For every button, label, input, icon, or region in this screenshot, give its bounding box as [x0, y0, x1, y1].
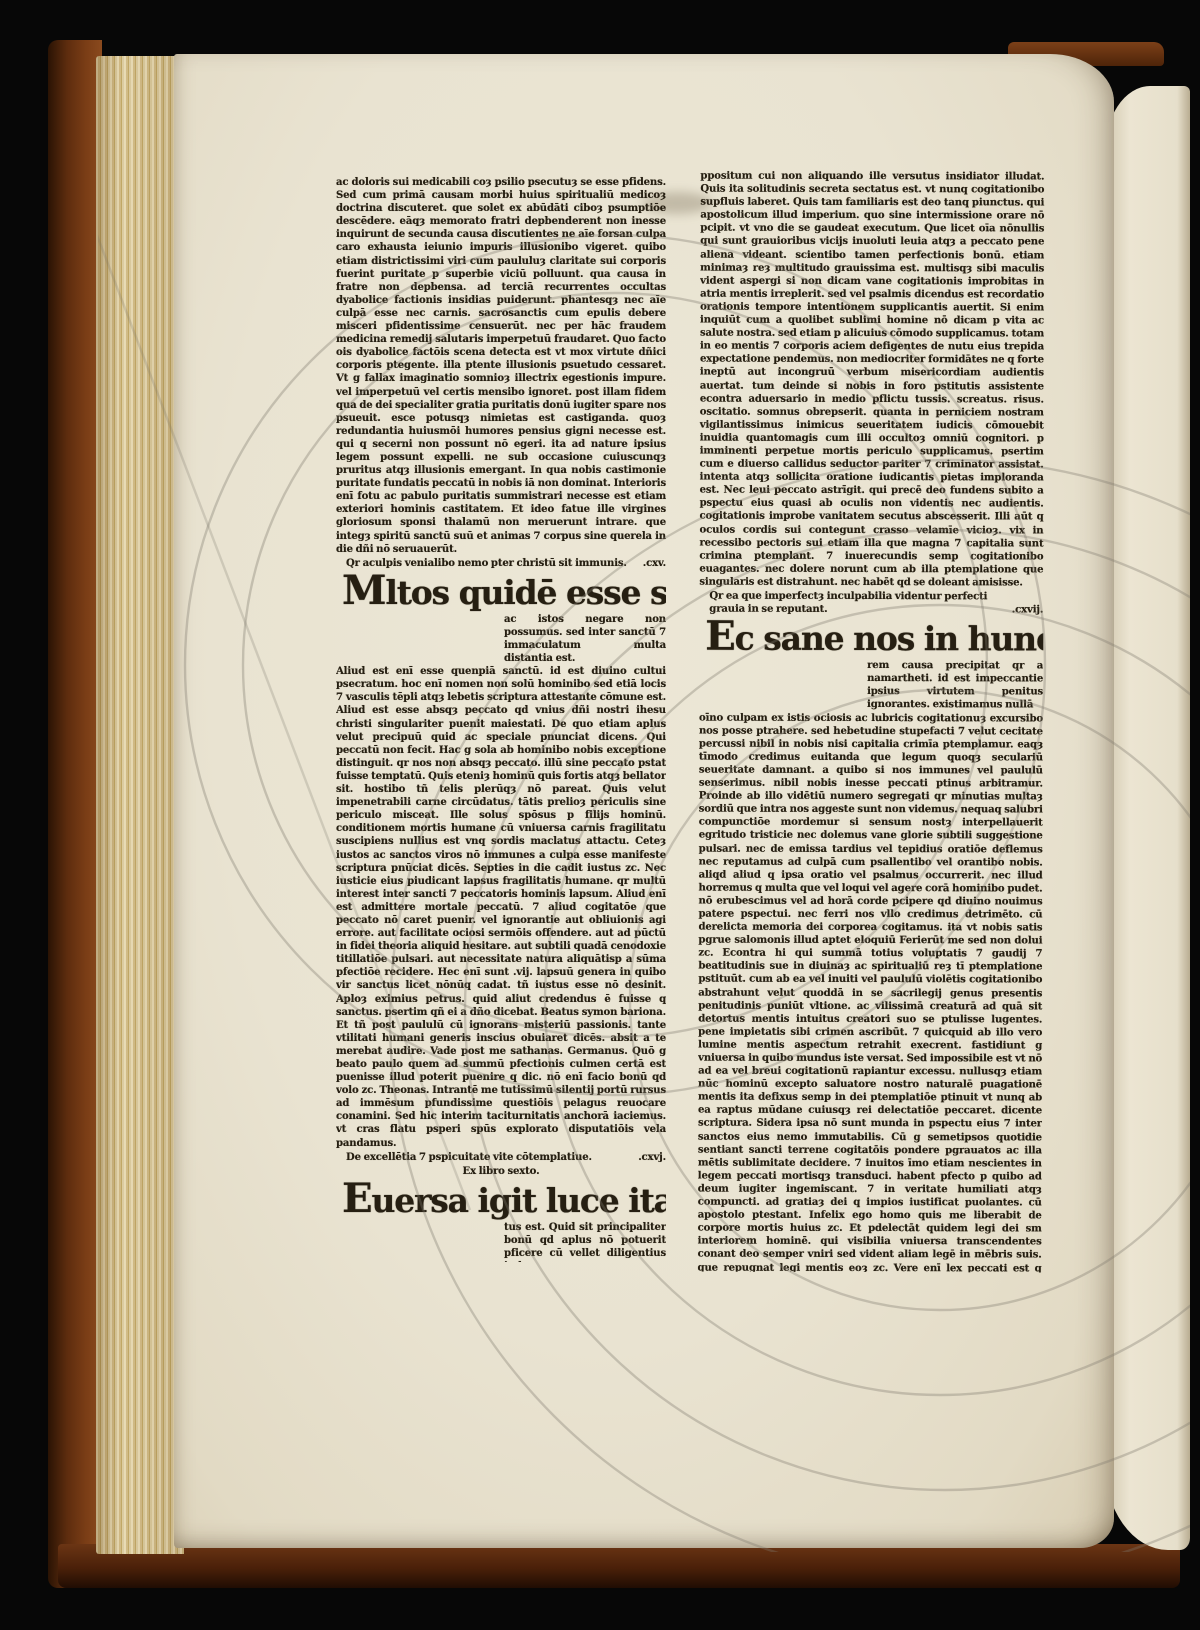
chapter-rubric: Qr aculpis venialibo nemo pter christū s… — [336, 557, 666, 570]
heading-continuation: ac istos negare non possumus. sed inter … — [504, 613, 666, 665]
chapter-heading: Euersa igit luce ita affa/ — [342, 1181, 666, 1219]
chapter-rubric: Qr ea que imperfectȝ inculpabilia vident… — [699, 590, 1043, 617]
book-source-note: Ex libro sexto. — [336, 1165, 666, 1178]
chapter-rubric: De excellētia 7 pspicuitate vite cōtempl… — [336, 1151, 666, 1164]
paragraph: Aliud est enī esse quenpiā sanctū. id es… — [336, 665, 666, 1149]
paragraph: oīno culpam ex istis ociosis ac lubricis… — [698, 711, 1043, 1272]
photo-background: ac doloris sui medicabili coȝ psilio pse… — [0, 0, 1200, 1630]
chapter-number: .cxv. — [635, 557, 666, 570]
book-leather-spine — [48, 40, 102, 1588]
chapter-number: .cxvj. — [630, 1151, 666, 1164]
text-column-left: ac doloris sui medicabili coȝ psilio pse… — [336, 176, 666, 1262]
book-fore-edge-pages — [96, 56, 184, 1554]
chapter-heading: Mltos quidē esse sanctos — [342, 573, 666, 611]
heading-continuation: tus est. Quid sit principaliter bonū qd … — [504, 1221, 666, 1262]
book-bottom-cover-edge — [58, 1544, 1180, 1588]
paragraph: ac doloris sui medicabili coȝ psilio pse… — [336, 176, 666, 556]
next-leaf-edge — [1104, 86, 1190, 1550]
rubric-text: Qr ea que imperfectȝ inculpabilia vident… — [699, 590, 1004, 617]
heading-continuation: rem causa precipitat qr a namartheti. id… — [867, 659, 1043, 712]
text-column-right: ppositum cui non aliquando ille versutus… — [698, 170, 1045, 1273]
paragraph: ppositum cui non aliquando ille versutus… — [699, 170, 1044, 590]
chapter-heading: Ec sane nos in hunc erro/ — [705, 619, 1043, 658]
rubric-text: De excellētia 7 pspicuitate vite cōtempl… — [336, 1151, 630, 1164]
chapter-number: .cxvij. — [1004, 603, 1044, 616]
